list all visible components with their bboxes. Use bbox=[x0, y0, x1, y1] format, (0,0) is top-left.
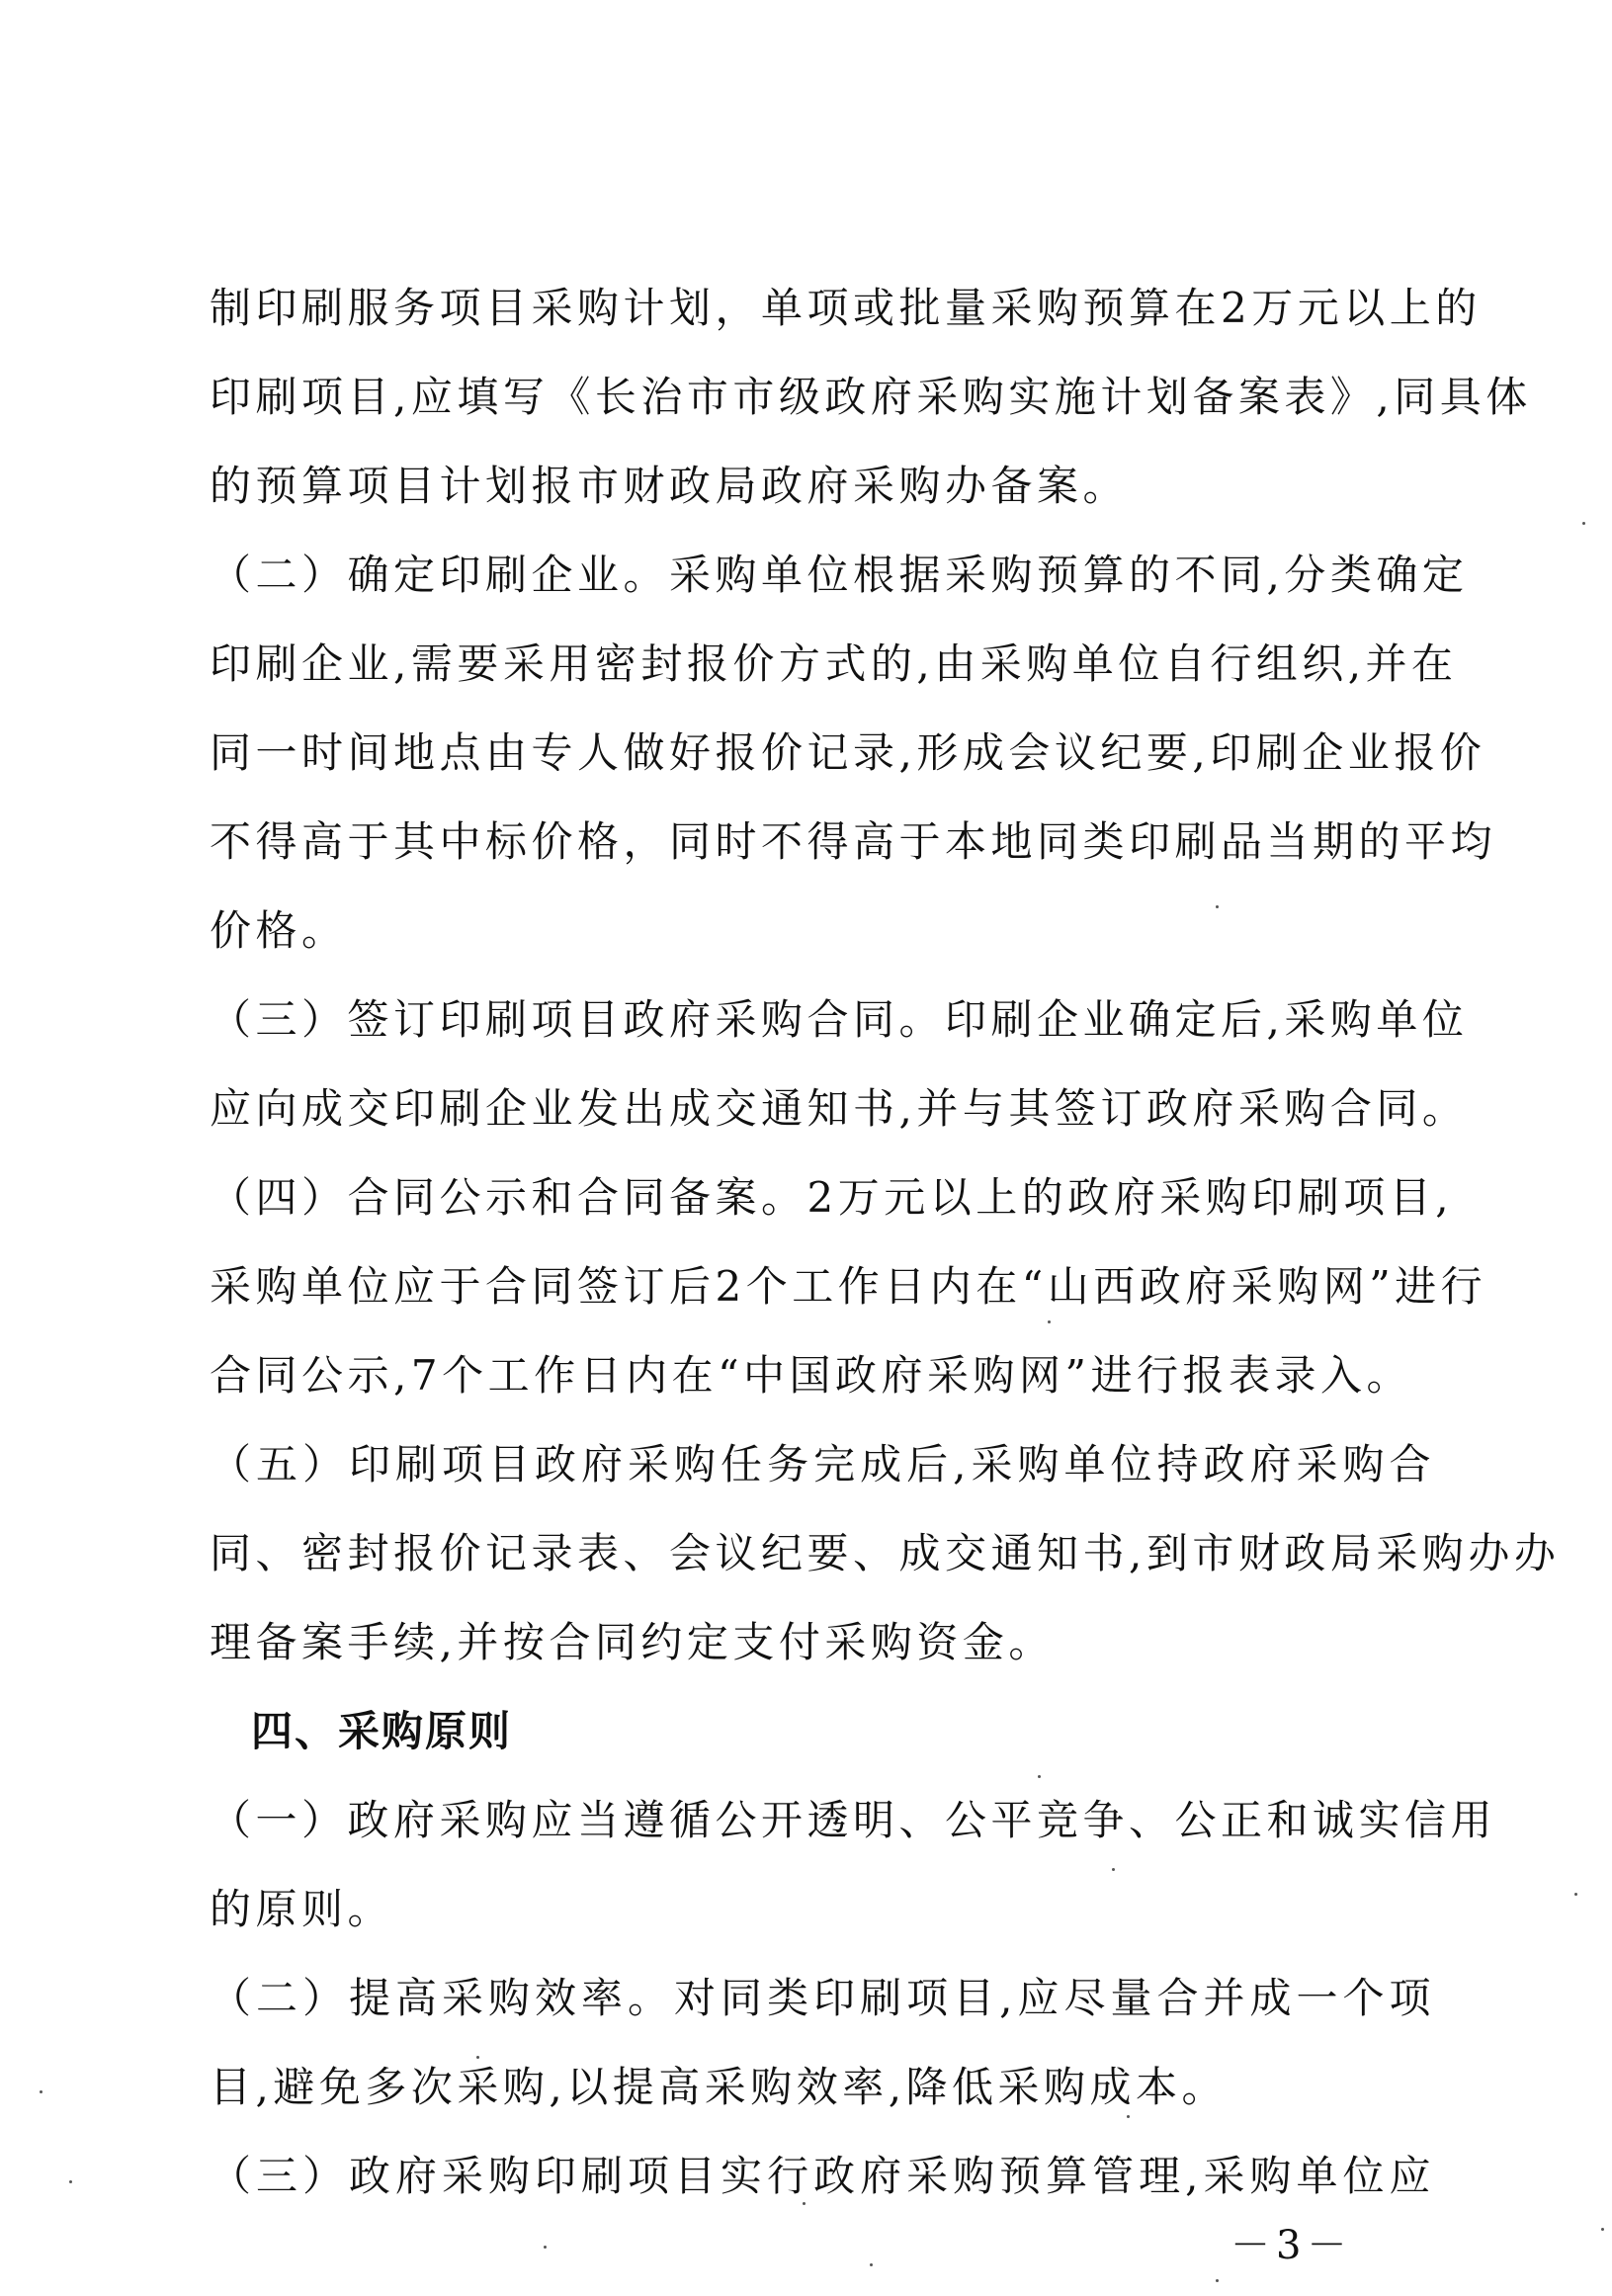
section-2-title-line: （二）确定印刷企业。采购单位根据采购预算的不同,分类确定 bbox=[210, 546, 1435, 605]
scan-speck bbox=[1216, 2279, 1219, 2282]
paragraph-line-19: 的原则。 bbox=[210, 1880, 1435, 1939]
scan-speck bbox=[1127, 2115, 1130, 2118]
scan-speck bbox=[40, 2090, 42, 2093]
scan-speck bbox=[1601, 2228, 1604, 2231]
scan-speck bbox=[1574, 1893, 1577, 1896]
scan-speck bbox=[803, 2202, 806, 2205]
paragraph-line-1: 制印刷服务项目采购计划，单项或批量采购预算在2万元以上的 bbox=[210, 279, 1435, 338]
scan-speck bbox=[1048, 1320, 1051, 1323]
scan-speck bbox=[476, 2056, 479, 2059]
principle-2-line: （二）提高采购效率。对同类印刷项目,应尽量合并成一个项 bbox=[210, 1969, 1435, 2028]
principle-1-line: （一）政府采购应当遵循公开透明、公平竞争、公正和诚实信用 bbox=[210, 1791, 1435, 1850]
paragraph-line-3: 的预算项目计划报市财政局政府采购办备案。 bbox=[210, 457, 1435, 516]
paragraph-line-5: 印刷企业,需要采用密封报价方式的,由采购单位自行组织,并在 bbox=[210, 635, 1435, 694]
section-3-title-line: （三）签订印刷项目政府采购合同。印刷企业确定后,采购单位 bbox=[210, 990, 1435, 1050]
paragraph-line-7: 不得高于其中标价格，同时不得高于本地同类印刷品当期的平均 bbox=[210, 812, 1435, 872]
paragraph-line-10: 应向成交印刷企业发出成交通知书,并与其签订政府采购合同。 bbox=[210, 1079, 1435, 1139]
paragraph-line-13: 合同公示,7个工作日内在“中国政府采购网”进行报表录入。 bbox=[210, 1346, 1435, 1405]
document-page: 制印刷服务项目采购计划，单项或批量采购预算在2万元以上的 印刷项目,应填写《长治… bbox=[0, 0, 1612, 2296]
paragraph-line-12: 采购单位应于合同签订后2个工作日内在“山西政府采购网”进行 bbox=[210, 1257, 1435, 1317]
section-heading-procurement-principles: 四、采购原则 bbox=[251, 1702, 1477, 1761]
paragraph-line-15: 同、密封报价记录表、会议纪要、成交通知书,到市财政局采购办办 bbox=[210, 1524, 1435, 1583]
principle-3-line: （三）政府采购印刷项目实行政府采购预算管理,采购单位应 bbox=[210, 2147, 1435, 2206]
paragraph-line-2: 印刷项目,应填写《长治市市级政府采购实施计划备案表》,同具体 bbox=[210, 368, 1435, 427]
scan-speck bbox=[1038, 1775, 1041, 1778]
section-5-title-line: （五）印刷项目政府采购任务完成后,采购单位持政府采购合 bbox=[210, 1435, 1435, 1494]
paragraph-line-8: 价格。 bbox=[210, 901, 1435, 961]
paragraph-line-21: 目,避免多次采购,以提高采购效率,降低采购成本。 bbox=[210, 2058, 1435, 2117]
paragraph-line-6: 同一时间地点由专人做好报价记录,形成会议纪要,印刷企业报价 bbox=[210, 723, 1435, 783]
scan-speck bbox=[1582, 522, 1585, 525]
page-number: －3－ bbox=[1230, 2214, 1352, 2270]
scan-speck bbox=[870, 2263, 873, 2266]
scan-speck bbox=[1112, 1868, 1115, 1871]
paragraph-line-16: 理备案手续,并按合同约定支付采购资金。 bbox=[210, 1613, 1435, 1672]
scan-speck bbox=[544, 2246, 547, 2249]
scan-speck bbox=[69, 2180, 72, 2183]
scan-speck bbox=[1216, 905, 1219, 908]
section-4-title-line: （四）合同公示和合同备案。2万元以上的政府采购印刷项目, bbox=[210, 1168, 1435, 1228]
